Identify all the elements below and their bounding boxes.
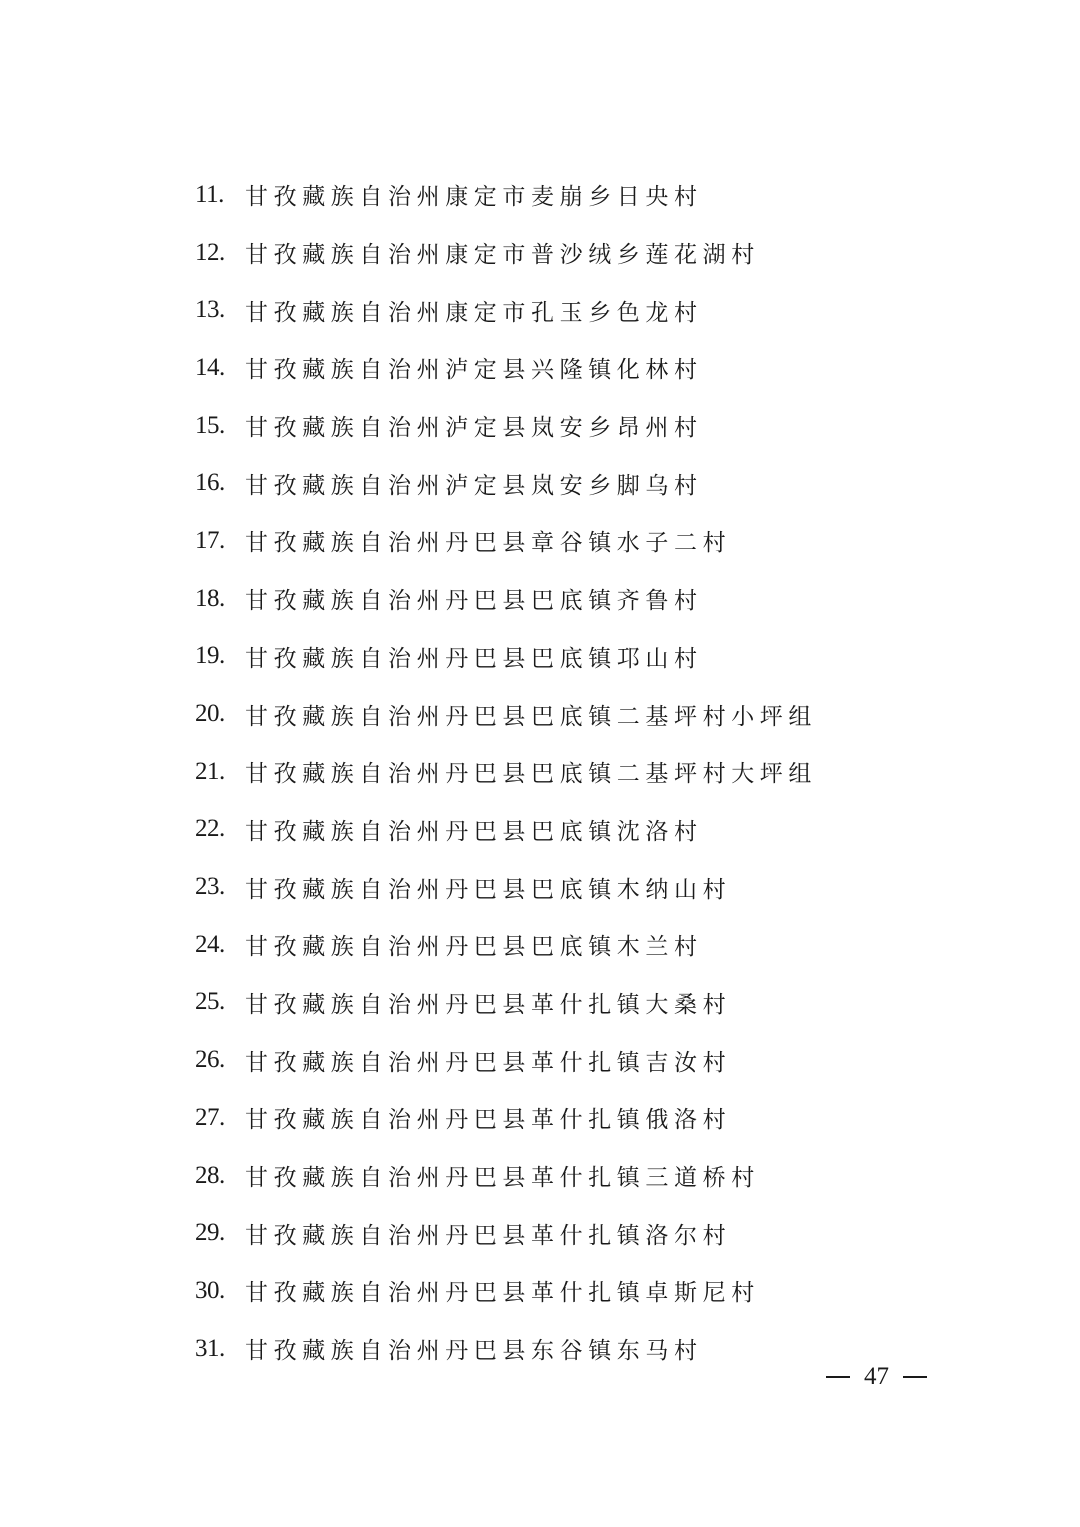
list-item: 27.甘孜藏族自治州丹巴县革什扎镇俄洛村 <box>195 1089 817 1147</box>
list-item: 18.甘孜藏族自治州丹巴县巴底镇齐鲁村 <box>195 570 817 628</box>
item-text: 甘孜藏族自治州丹巴县东谷镇东马村 <box>245 1332 703 1365</box>
list-item: 31.甘孜藏族自治州丹巴县东谷镇东马村 <box>195 1320 817 1378</box>
list-item: 29.甘孜藏族自治州丹巴县革什扎镇洛尔村 <box>195 1204 817 1262</box>
item-text: 甘孜藏族自治州康定市普沙绒乡莲花湖村 <box>245 236 760 269</box>
item-number: 27. <box>195 1104 245 1132</box>
list-item: 23.甘孜藏族自治州丹巴县巴底镇木纳山村 <box>195 858 817 916</box>
document-page: 11.甘孜藏族自治州康定市麦崩乡日央村 12.甘孜藏族自治州康定市普沙绒乡莲花湖… <box>0 0 1080 1527</box>
item-text: 甘孜藏族自治州丹巴县巴底镇木兰村 <box>245 928 703 961</box>
list-item: 21.甘孜藏族自治州丹巴县巴底镇二基坪村大坪组 <box>195 743 817 801</box>
list-item: 16.甘孜藏族自治州泸定县岚安乡脚乌村 <box>195 454 817 512</box>
item-text: 甘孜藏族自治州丹巴县革什扎镇大桑村 <box>245 986 731 1019</box>
item-text: 甘孜藏族自治州丹巴县章谷镇水子二村 <box>245 524 731 557</box>
item-number: 29. <box>195 1219 245 1247</box>
list-item: 11.甘孜藏族自治州康定市麦崩乡日央村 <box>195 166 817 224</box>
list-item: 28.甘孜藏族自治州丹巴县革什扎镇三道桥村 <box>195 1147 817 1205</box>
list-item: 22.甘孜藏族自治州丹巴县巴底镇沈洛村 <box>195 801 817 859</box>
item-text: 甘孜藏族自治州丹巴县革什扎镇吉汝村 <box>245 1044 731 1077</box>
item-text: 甘孜藏族自治州丹巴县巴底镇邛山村 <box>245 640 703 673</box>
item-text: 甘孜藏族自治州泸定县岚安乡昂州村 <box>245 409 703 442</box>
item-number: 26. <box>195 1046 245 1074</box>
item-number: 22. <box>195 815 245 843</box>
item-number: 11. <box>195 181 245 209</box>
item-text: 甘孜藏族自治州丹巴县革什扎镇俄洛村 <box>245 1101 731 1134</box>
right-dash <box>903 1376 927 1378</box>
list-item: 25.甘孜藏族自治州丹巴县革什扎镇大桑村 <box>195 974 817 1032</box>
list-item: 12.甘孜藏族自治州康定市普沙绒乡莲花湖村 <box>195 224 817 282</box>
list-item: 26.甘孜藏族自治州丹巴县革什扎镇吉汝村 <box>195 1031 817 1089</box>
page-number: 47 <box>864 1363 889 1391</box>
item-number: 17. <box>195 527 245 555</box>
item-number: 13. <box>195 296 245 324</box>
item-text: 甘孜藏族自治州康定市麦崩乡日央村 <box>245 178 703 211</box>
list-item: 20.甘孜藏族自治州丹巴县巴底镇二基坪村小坪组 <box>195 685 817 743</box>
item-number: 31. <box>195 1335 245 1363</box>
item-text: 甘孜藏族自治州丹巴县革什扎镇卓斯尼村 <box>245 1274 760 1307</box>
item-number: 20. <box>195 700 245 728</box>
list-item: 30.甘孜藏族自治州丹巴县革什扎镇卓斯尼村 <box>195 1262 817 1320</box>
list-item: 24.甘孜藏族自治州丹巴县巴底镇木兰村 <box>195 916 817 974</box>
item-number: 25. <box>195 988 245 1016</box>
left-dash <box>826 1376 850 1378</box>
item-number: 16. <box>195 469 245 497</box>
page-footer: 47 <box>826 1363 927 1391</box>
list-item: 13.甘孜藏族自治州康定市孔玉乡色龙村 <box>195 281 817 339</box>
item-number: 14. <box>195 354 245 382</box>
item-number: 30. <box>195 1277 245 1305</box>
item-text: 甘孜藏族自治州丹巴县革什扎镇洛尔村 <box>245 1217 731 1250</box>
list-item: 14.甘孜藏族自治州泸定县兴隆镇化林村 <box>195 339 817 397</box>
item-text: 甘孜藏族自治州丹巴县巴底镇二基坪村大坪组 <box>245 755 817 788</box>
item-number: 18. <box>195 585 245 613</box>
item-number: 28. <box>195 1162 245 1190</box>
item-text: 甘孜藏族自治州丹巴县巴底镇二基坪村小坪组 <box>245 698 817 731</box>
item-text: 甘孜藏族自治州泸定县兴隆镇化林村 <box>245 351 703 384</box>
item-number: 19. <box>195 642 245 670</box>
village-list: 11.甘孜藏族自治州康定市麦崩乡日央村 12.甘孜藏族自治州康定市普沙绒乡莲花湖… <box>195 166 817 1377</box>
list-item: 19.甘孜藏族自治州丹巴县巴底镇邛山村 <box>195 628 817 686</box>
item-number: 24. <box>195 931 245 959</box>
list-item: 15.甘孜藏族自治州泸定县岚安乡昂州村 <box>195 397 817 455</box>
item-number: 15. <box>195 412 245 440</box>
item-text: 甘孜藏族自治州康定市孔玉乡色龙村 <box>245 294 703 327</box>
item-text: 甘孜藏族自治州丹巴县革什扎镇三道桥村 <box>245 1159 760 1192</box>
item-text: 甘孜藏族自治州泸定县岚安乡脚乌村 <box>245 467 703 500</box>
list-item: 17.甘孜藏族自治州丹巴县章谷镇水子二村 <box>195 512 817 570</box>
item-number: 23. <box>195 873 245 901</box>
item-number: 12. <box>195 239 245 267</box>
item-text: 甘孜藏族自治州丹巴县巴底镇齐鲁村 <box>245 582 703 615</box>
item-text: 甘孜藏族自治州丹巴县巴底镇沈洛村 <box>245 813 703 846</box>
item-text: 甘孜藏族自治州丹巴县巴底镇木纳山村 <box>245 871 731 904</box>
item-number: 21. <box>195 758 245 786</box>
